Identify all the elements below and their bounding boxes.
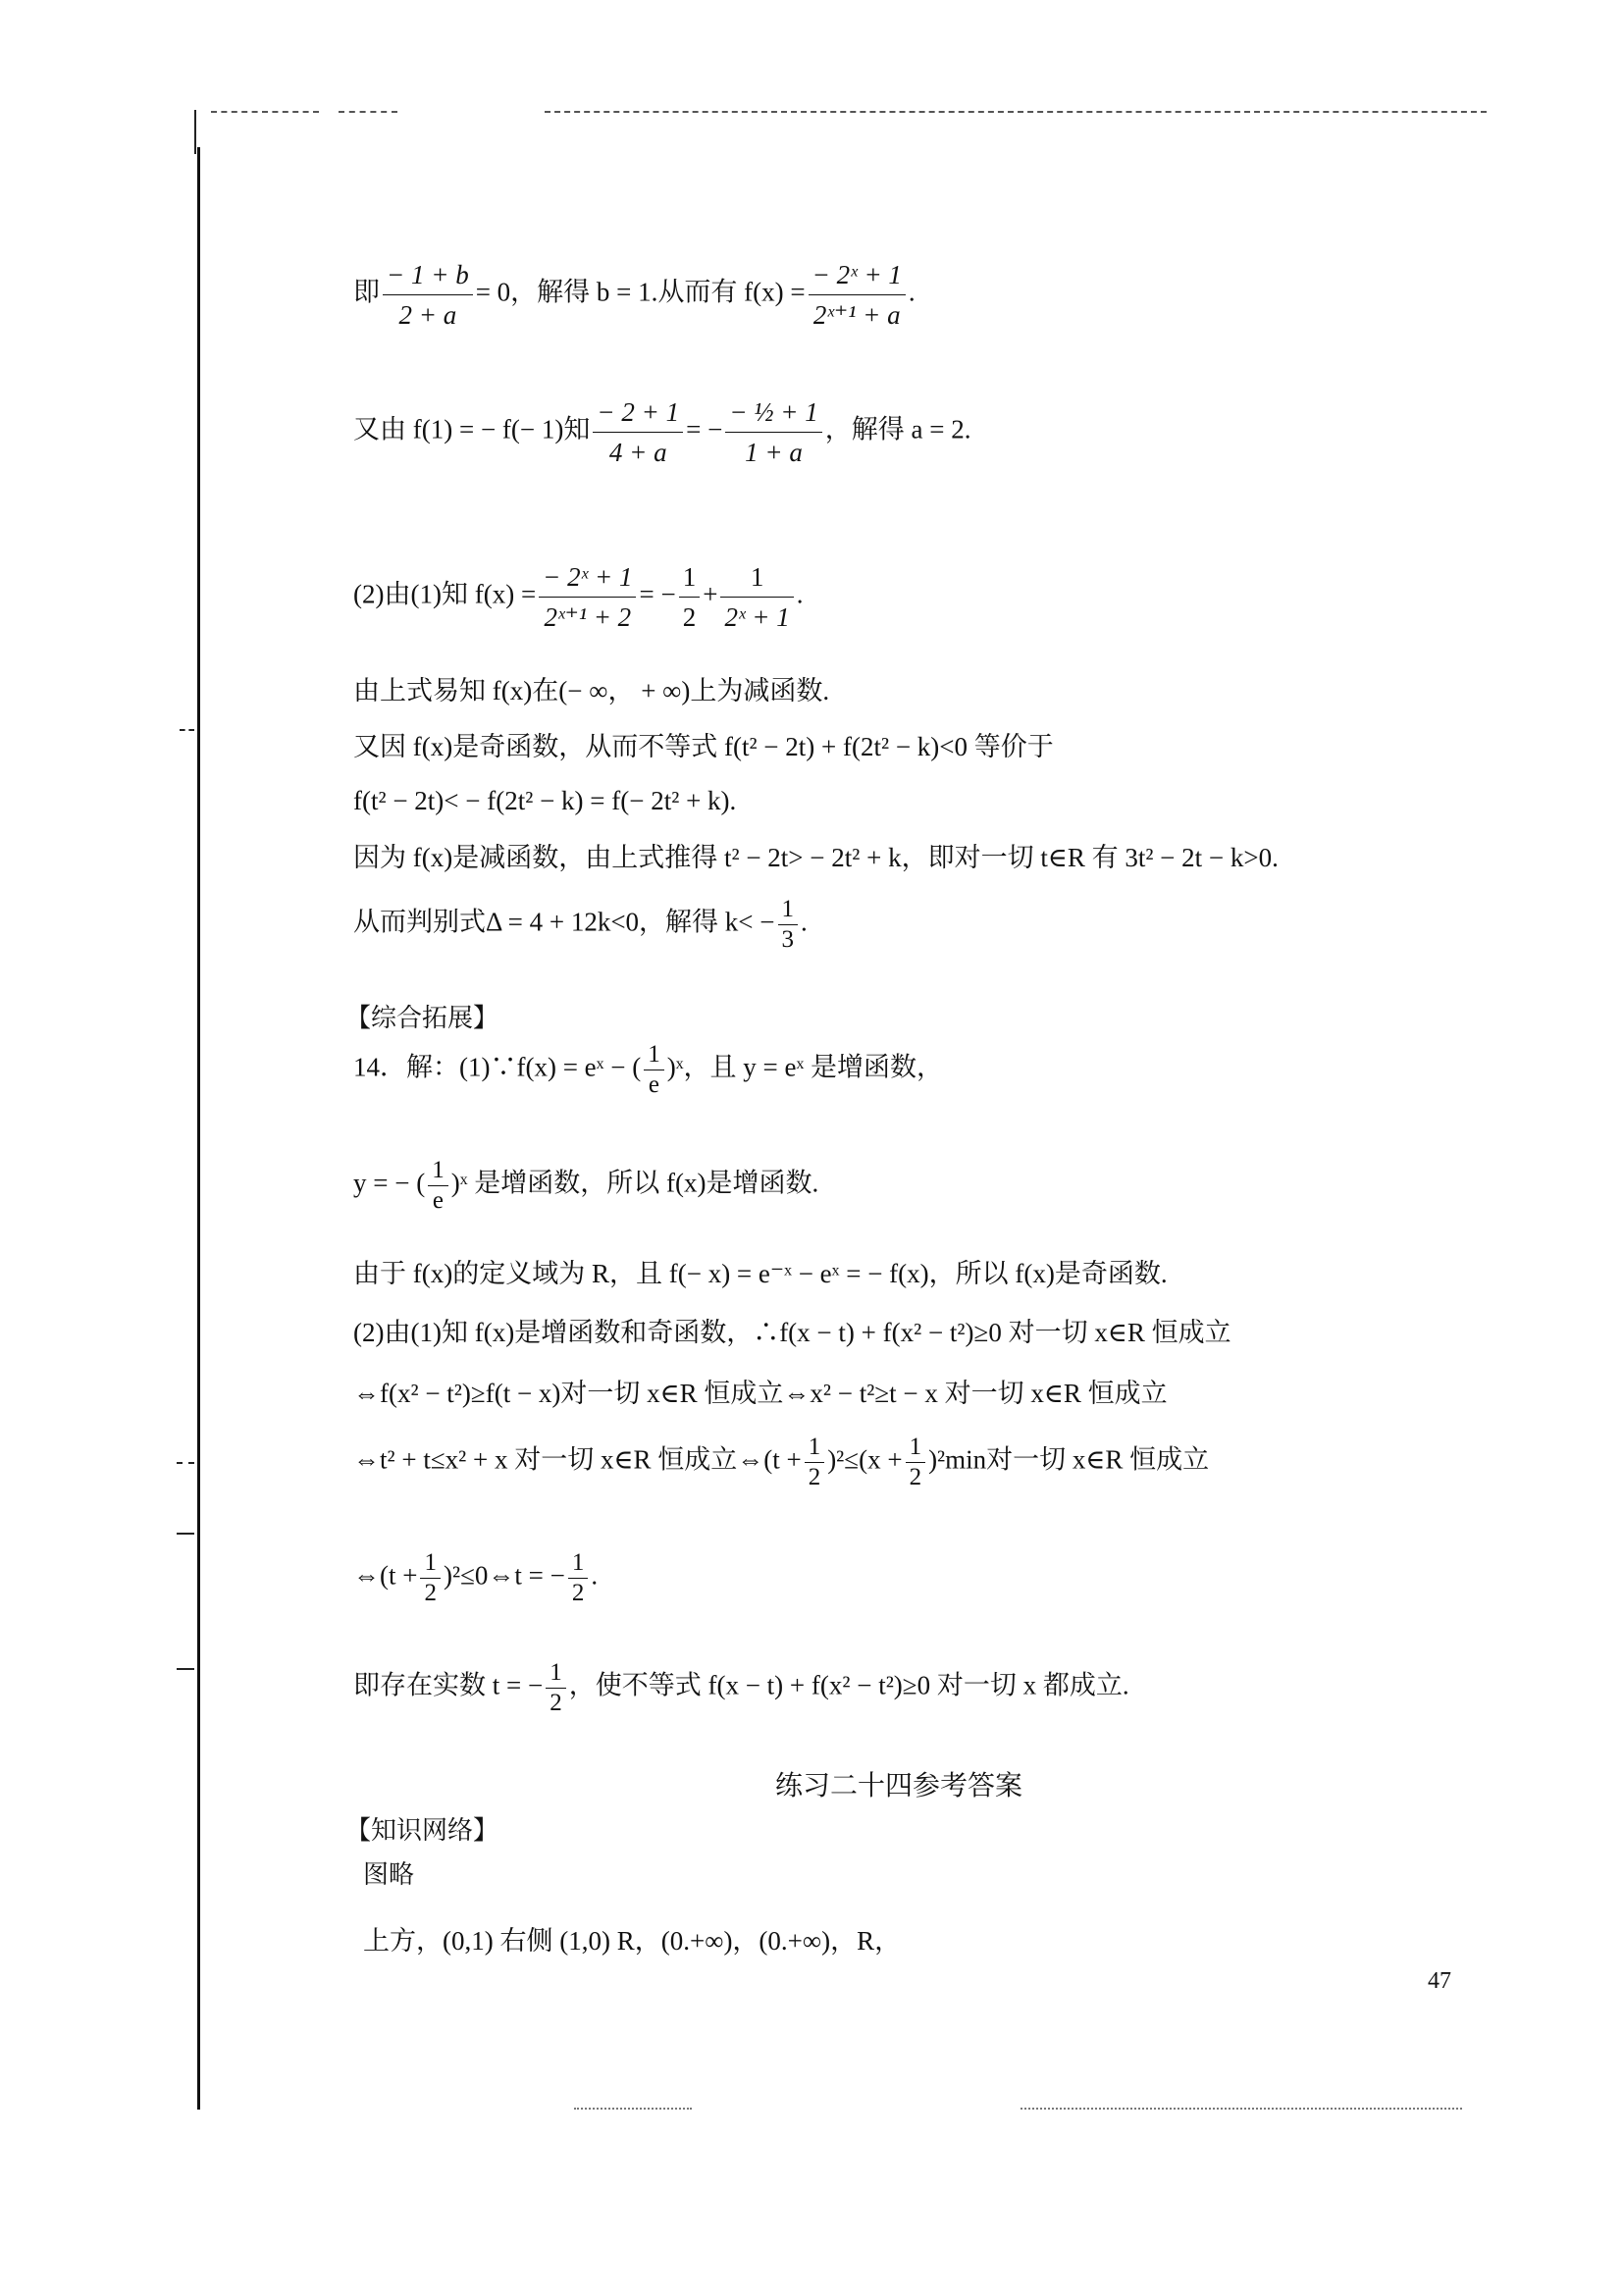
numerator: − 1 + b xyxy=(383,255,473,295)
fraction: − 2 + 14 + a xyxy=(593,392,683,472)
scanned-page: 即− 1 + b2 + a= 0，解得 b = 1.从而有 f(x) =− 2ˣ… xyxy=(0,0,1623,2296)
equation-line: 即− 1 + b2 + a= 0，解得 b = 1.从而有 f(x) =− 2ˣ… xyxy=(353,255,916,335)
text: )ˣ，且 y = eˣ 是增函数， xyxy=(667,1053,943,1082)
denominator: 2ˣ⁺¹ + a xyxy=(809,295,906,335)
text: 即 xyxy=(353,278,380,307)
text-line: (2)由(1)知 f(x)是增函数和奇函数，∴f(x − t) + f(x² −… xyxy=(353,1317,1231,1348)
numerator: − 2 + 1 xyxy=(593,392,683,433)
text: ，使不等式 f(x − t) + f(x² − t²)≥0 对一切 x 都成立. xyxy=(569,1671,1129,1700)
section-heading-knowledge: 【知识网络】 xyxy=(345,1815,498,1847)
text: ⇔(t + xyxy=(353,1561,417,1591)
equation-line: 即存在实数 t = −12，使不等式 f(x − t) + f(x² − t²)… xyxy=(353,1658,1129,1718)
equation-line: 又由 f(1) = − f(− 1)知− 2 + 14 + a= −− ½ + … xyxy=(353,392,970,472)
equation-line: y = − (1e)ˣ 是增函数，所以 f(x)是增函数. xyxy=(353,1156,818,1216)
denominator: 2 xyxy=(568,1579,589,1608)
text-line: 因为 f(x)是减函数，由上式推得 t² − 2t> − 2t² + k，即对一… xyxy=(353,842,1279,873)
text-line: f(t² − 2t)< − f(2t² − k) = f(− 2t² + k). xyxy=(353,785,736,816)
numerator: 1 xyxy=(778,895,799,925)
denominator: e xyxy=(644,1070,664,1100)
margin-tick xyxy=(177,1462,194,1464)
section-title: 练习二十四参考答案 xyxy=(775,1764,1022,1803)
page-number: 47 xyxy=(1428,1968,1451,1995)
top-rule xyxy=(545,111,1487,113)
top-rule-segment xyxy=(339,111,397,113)
fraction: 1e xyxy=(644,1040,664,1100)
equation-line: 14．解：(1)∵f(x) = eˣ − (1e)ˣ，且 y = eˣ 是增函数… xyxy=(353,1040,943,1100)
fraction: 12 xyxy=(568,1548,589,1608)
denominator: 2ˣ + 1 xyxy=(720,598,793,637)
numerator: 1 xyxy=(420,1548,441,1579)
numerator: − 2ˣ + 1 xyxy=(539,557,636,598)
fraction: 12 xyxy=(906,1433,926,1492)
section-heading-comprehensive: 【综合拓展】 xyxy=(345,1003,498,1034)
text: )²min对一切 x∈R 恒成立 xyxy=(928,1445,1209,1475)
text-line: ⇔f(x² − t²)≥f(t − x)对一切 x∈R 恒成立⇔x² − t²≥… xyxy=(353,1378,1168,1409)
fraction: 12 xyxy=(805,1433,825,1492)
text: ，解得 a = 2. xyxy=(825,415,971,444)
text: = − xyxy=(639,580,675,609)
text: + xyxy=(703,580,717,609)
text-line: 由于 f(x)的定义域为 R，且 f(− x) = e⁻ˣ − eˣ = − f… xyxy=(353,1258,1168,1289)
fraction: 12 xyxy=(679,557,701,637)
fraction: 12 xyxy=(420,1548,441,1608)
text: ⇔t² + t≤x² + x 对一切 x∈R 恒成立⇔(t + xyxy=(353,1445,802,1475)
text-line: 由上式易知 f(x)在(− ∞， + ∞)上为减函数. xyxy=(353,675,829,706)
numerator: 1 xyxy=(720,557,793,598)
text: 又由 f(1) = − f(− 1)知 xyxy=(353,415,590,444)
text: = − xyxy=(686,415,722,444)
numerator: 1 xyxy=(906,1433,926,1463)
text: (2)由(1)知 f(x) = xyxy=(353,580,536,609)
fraction: 12ˣ + 1 xyxy=(720,557,793,637)
text: )²≤0⇔t = − xyxy=(444,1561,565,1591)
denominator: 4 + a xyxy=(593,433,683,472)
text: y = − ( xyxy=(353,1169,425,1198)
text: . xyxy=(797,580,804,609)
numerator: 1 xyxy=(644,1040,664,1070)
denominator: 2 xyxy=(679,598,701,637)
equation-line: ⇔(t +12)²≤0⇔t = −12. xyxy=(353,1548,598,1608)
left-margin-line xyxy=(197,147,200,2110)
numerator: 1 xyxy=(568,1548,589,1579)
bottom-dots xyxy=(574,2108,692,2110)
equation-line: (2)由(1)知 f(x) =− 2ˣ + 12ˣ⁺¹ + 2= −12+12ˣ… xyxy=(353,557,804,637)
denominator: 2 xyxy=(805,1463,825,1492)
numerator: 1 xyxy=(679,557,701,598)
text: 即存在实数 t = − xyxy=(353,1671,543,1700)
text-line: 图略 xyxy=(363,1859,414,1891)
denominator: 2ˣ⁺¹ + 2 xyxy=(539,598,636,637)
fraction: − ½ + 11 + a xyxy=(725,392,821,472)
fraction: 1e xyxy=(428,1156,448,1216)
numerator: 1 xyxy=(805,1433,825,1463)
text-line: 上方，(0,1) 右侧 (1,0) R，(0.+∞)，(0.+∞)，R， xyxy=(363,1925,901,1957)
text: . xyxy=(801,908,808,937)
denominator: 1 + a xyxy=(725,433,821,472)
fraction: 12 xyxy=(546,1658,566,1718)
fraction: − 2ˣ + 12ˣ⁺¹ + 2 xyxy=(539,557,636,637)
margin-tick xyxy=(177,1533,194,1535)
margin-tick xyxy=(177,1668,194,1670)
text: = 0，解得 b = 1.从而有 f(x) = xyxy=(476,278,806,307)
numerator: 1 xyxy=(546,1658,566,1689)
top-rule-segment xyxy=(211,111,319,113)
fraction: 13 xyxy=(778,895,799,955)
text-line: 又因 f(x)是奇函数，从而不等式 f(t² − 2t) + f(2t² − k… xyxy=(353,731,1054,762)
text: 从而判别式Δ = 4 + 12k<0，解得 k< − xyxy=(353,908,775,937)
text: )ˣ 是增函数，所以 f(x)是增函数. xyxy=(451,1169,819,1198)
text: )²≤(x + xyxy=(827,1445,902,1475)
denominator: 2 xyxy=(906,1463,926,1492)
numerator: 1 xyxy=(428,1156,448,1186)
denominator: 3 xyxy=(778,925,799,955)
numerator: − ½ + 1 xyxy=(725,392,821,433)
denominator: 2 xyxy=(546,1689,566,1718)
denominator: 2 xyxy=(420,1579,441,1608)
numerator: − 2ˣ + 1 xyxy=(809,255,906,295)
bottom-dots xyxy=(1021,2108,1462,2110)
denominator: 2 + a xyxy=(383,295,473,335)
fraction: − 1 + b2 + a xyxy=(383,255,473,335)
margin-tick xyxy=(180,729,194,731)
fraction: − 2ˣ + 12ˣ⁺¹ + a xyxy=(809,255,906,335)
text: 14．解：(1)∵f(x) = eˣ − ( xyxy=(353,1053,641,1082)
equation-line: 从而判别式Δ = 4 + 12k<0，解得 k< −13. xyxy=(353,895,808,955)
equation-line: ⇔t² + t≤x² + x 对一切 x∈R 恒成立⇔(t +12)²≤(x +… xyxy=(353,1433,1209,1492)
text: . xyxy=(909,278,916,307)
denominator: e xyxy=(428,1186,448,1216)
text: . xyxy=(591,1561,598,1591)
